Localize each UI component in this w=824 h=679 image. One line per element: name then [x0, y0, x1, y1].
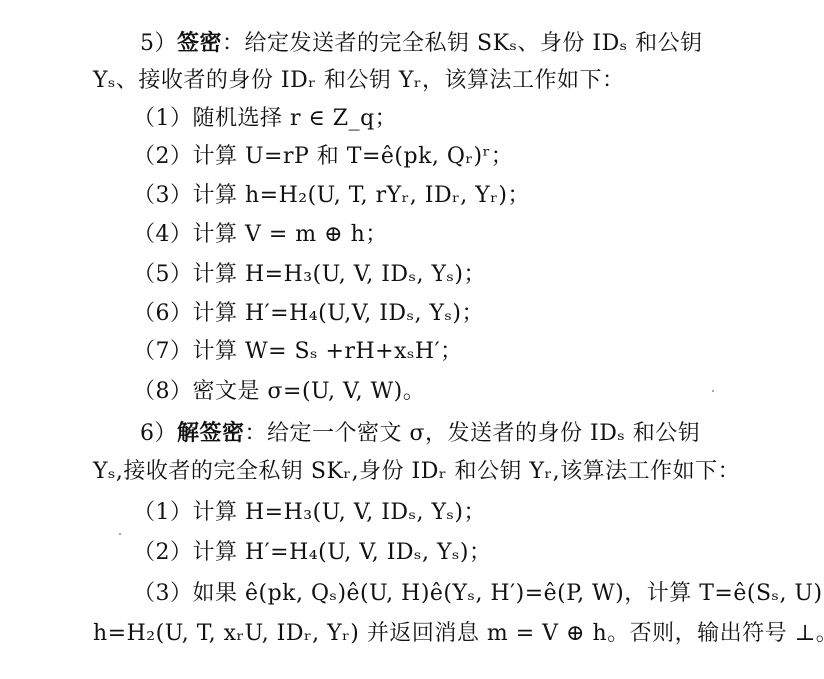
- section-6-step-3: （3）如果 ê(pk, Qₛ)ê(U, H)ê(Yₛ, H′)=ê(P, W)，…: [133, 579, 824, 609]
- step-text: 随机选择 r ∈ Z_q；: [193, 106, 398, 131]
- step-text: 计算 V = m ⊕ h；: [193, 222, 388, 247]
- step-number: （1）: [133, 106, 193, 131]
- section-5-step-2: （2）计算 U=rP 和 T=ê(pk, Qᵣ)ʳ；: [133, 142, 513, 172]
- step-text: 密文是 σ=(U, V, W)。: [193, 379, 426, 404]
- step-number: （6）: [133, 301, 193, 326]
- step-text: 计算 H=H₃(U, V, IDₛ, Yₛ)；: [193, 262, 486, 287]
- section-5-intro-line1: ：给定发送者的完全私钥 SKₛ、身份 IDₛ 和公钥: [222, 31, 703, 56]
- step-number: （3）: [133, 183, 193, 208]
- section-5-step-1: （1）随机选择 r ∈ Z_q；: [133, 104, 397, 134]
- section-6-step-2: （2）计算 H′=H₄(U, V, IDₛ, Yₛ)；: [133, 538, 491, 568]
- section-5-step-4: （4）计算 V = m ⊕ h；: [133, 220, 388, 250]
- step-number: （4）: [133, 222, 193, 247]
- section-6-step-3-continuation: h=H₂(U, T, xᵣU, IDᵣ, Yᵣ) 并返回消息 m = V ⊕ h…: [93, 619, 824, 649]
- step-text: 计算 H=H₃(U, V, IDₛ, Yₛ)；: [193, 500, 486, 525]
- section-5-step-6: （6）计算 H′=H₄(U,V, IDₛ, Yₛ)；: [133, 299, 484, 329]
- step-text: 如果 ê(pk, Qₛ)ê(U, H)ê(Yₛ, H′)=ê(P, W)，计算 …: [193, 581, 824, 606]
- section-6-intro-line1: ：给定一个密文 σ，发送者的身份 IDₛ 和公钥: [245, 421, 701, 446]
- paper-page: 5）签密：给定发送者的完全私钥 SKₛ、身份 IDₛ 和公钥 Yₛ、接收者的身份…: [0, 0, 824, 679]
- section-6-intro-line2: Yₛ,接收者的完全私钥 SKᵣ,身份 IDᵣ 和公钥 Yᵣ,该算法工作如下：: [93, 457, 740, 487]
- step-text: 计算 H′=H₄(U,V, IDₛ, Yₛ)；: [193, 301, 485, 326]
- section-5-step-7: （7）计算 W= Sₛ +rH+xₛH′；: [133, 337, 463, 367]
- section-6-step-1: （1）计算 H=H₃(U, V, IDₛ, Yₛ)；: [133, 498, 486, 528]
- step-number: （8）: [133, 379, 193, 404]
- section-6-heading: 6）解签密：给定一个密文 σ，发送者的身份 IDₛ 和公钥: [140, 418, 700, 448]
- section-5-step-5: （5）计算 H=H₃(U, V, IDₛ, Yₛ)；: [133, 260, 486, 290]
- section-5-intro-line2: Yₛ、接收者的身份 IDᵣ 和公钥 Yᵣ，该算法工作如下：: [93, 66, 625, 96]
- section-6-title: 解签密: [177, 420, 245, 446]
- step-text: 计算 h=H₂(U, T, rYᵣ, IDᵣ, Yᵣ)；: [193, 183, 530, 208]
- step-number: （1）: [133, 500, 193, 525]
- step-number: （2）: [133, 540, 193, 565]
- section-5-step-8: （8）密文是 σ=(U, V, W)。: [133, 377, 425, 407]
- step-text: 计算 H′=H₄(U, V, IDₛ, Yₛ)；: [193, 540, 492, 565]
- step-text: 计算 W= Sₛ +rH+xₛH′；: [193, 339, 463, 364]
- section-5-step-3: （3）计算 h=H₂(U, T, rYᵣ, IDᵣ, Yᵣ)；: [133, 181, 530, 211]
- scan-speck: [712, 390, 714, 392]
- step-number: （5）: [133, 262, 193, 287]
- section-6-number: 6）: [140, 421, 177, 446]
- step-number: （2）: [133, 144, 193, 169]
- step-number: （3）: [133, 581, 193, 606]
- section-5-title: 签密: [177, 30, 222, 56]
- step-number: （7）: [133, 339, 193, 364]
- scan-speck: [119, 533, 121, 535]
- section-5-heading: 5）签密：给定发送者的完全私钥 SKₛ、身份 IDₛ 和公钥: [140, 28, 703, 58]
- section-5-number: 5）: [140, 31, 177, 56]
- step-text: 计算 U=rP 和 T=ê(pk, Qᵣ)ʳ；: [193, 144, 514, 169]
